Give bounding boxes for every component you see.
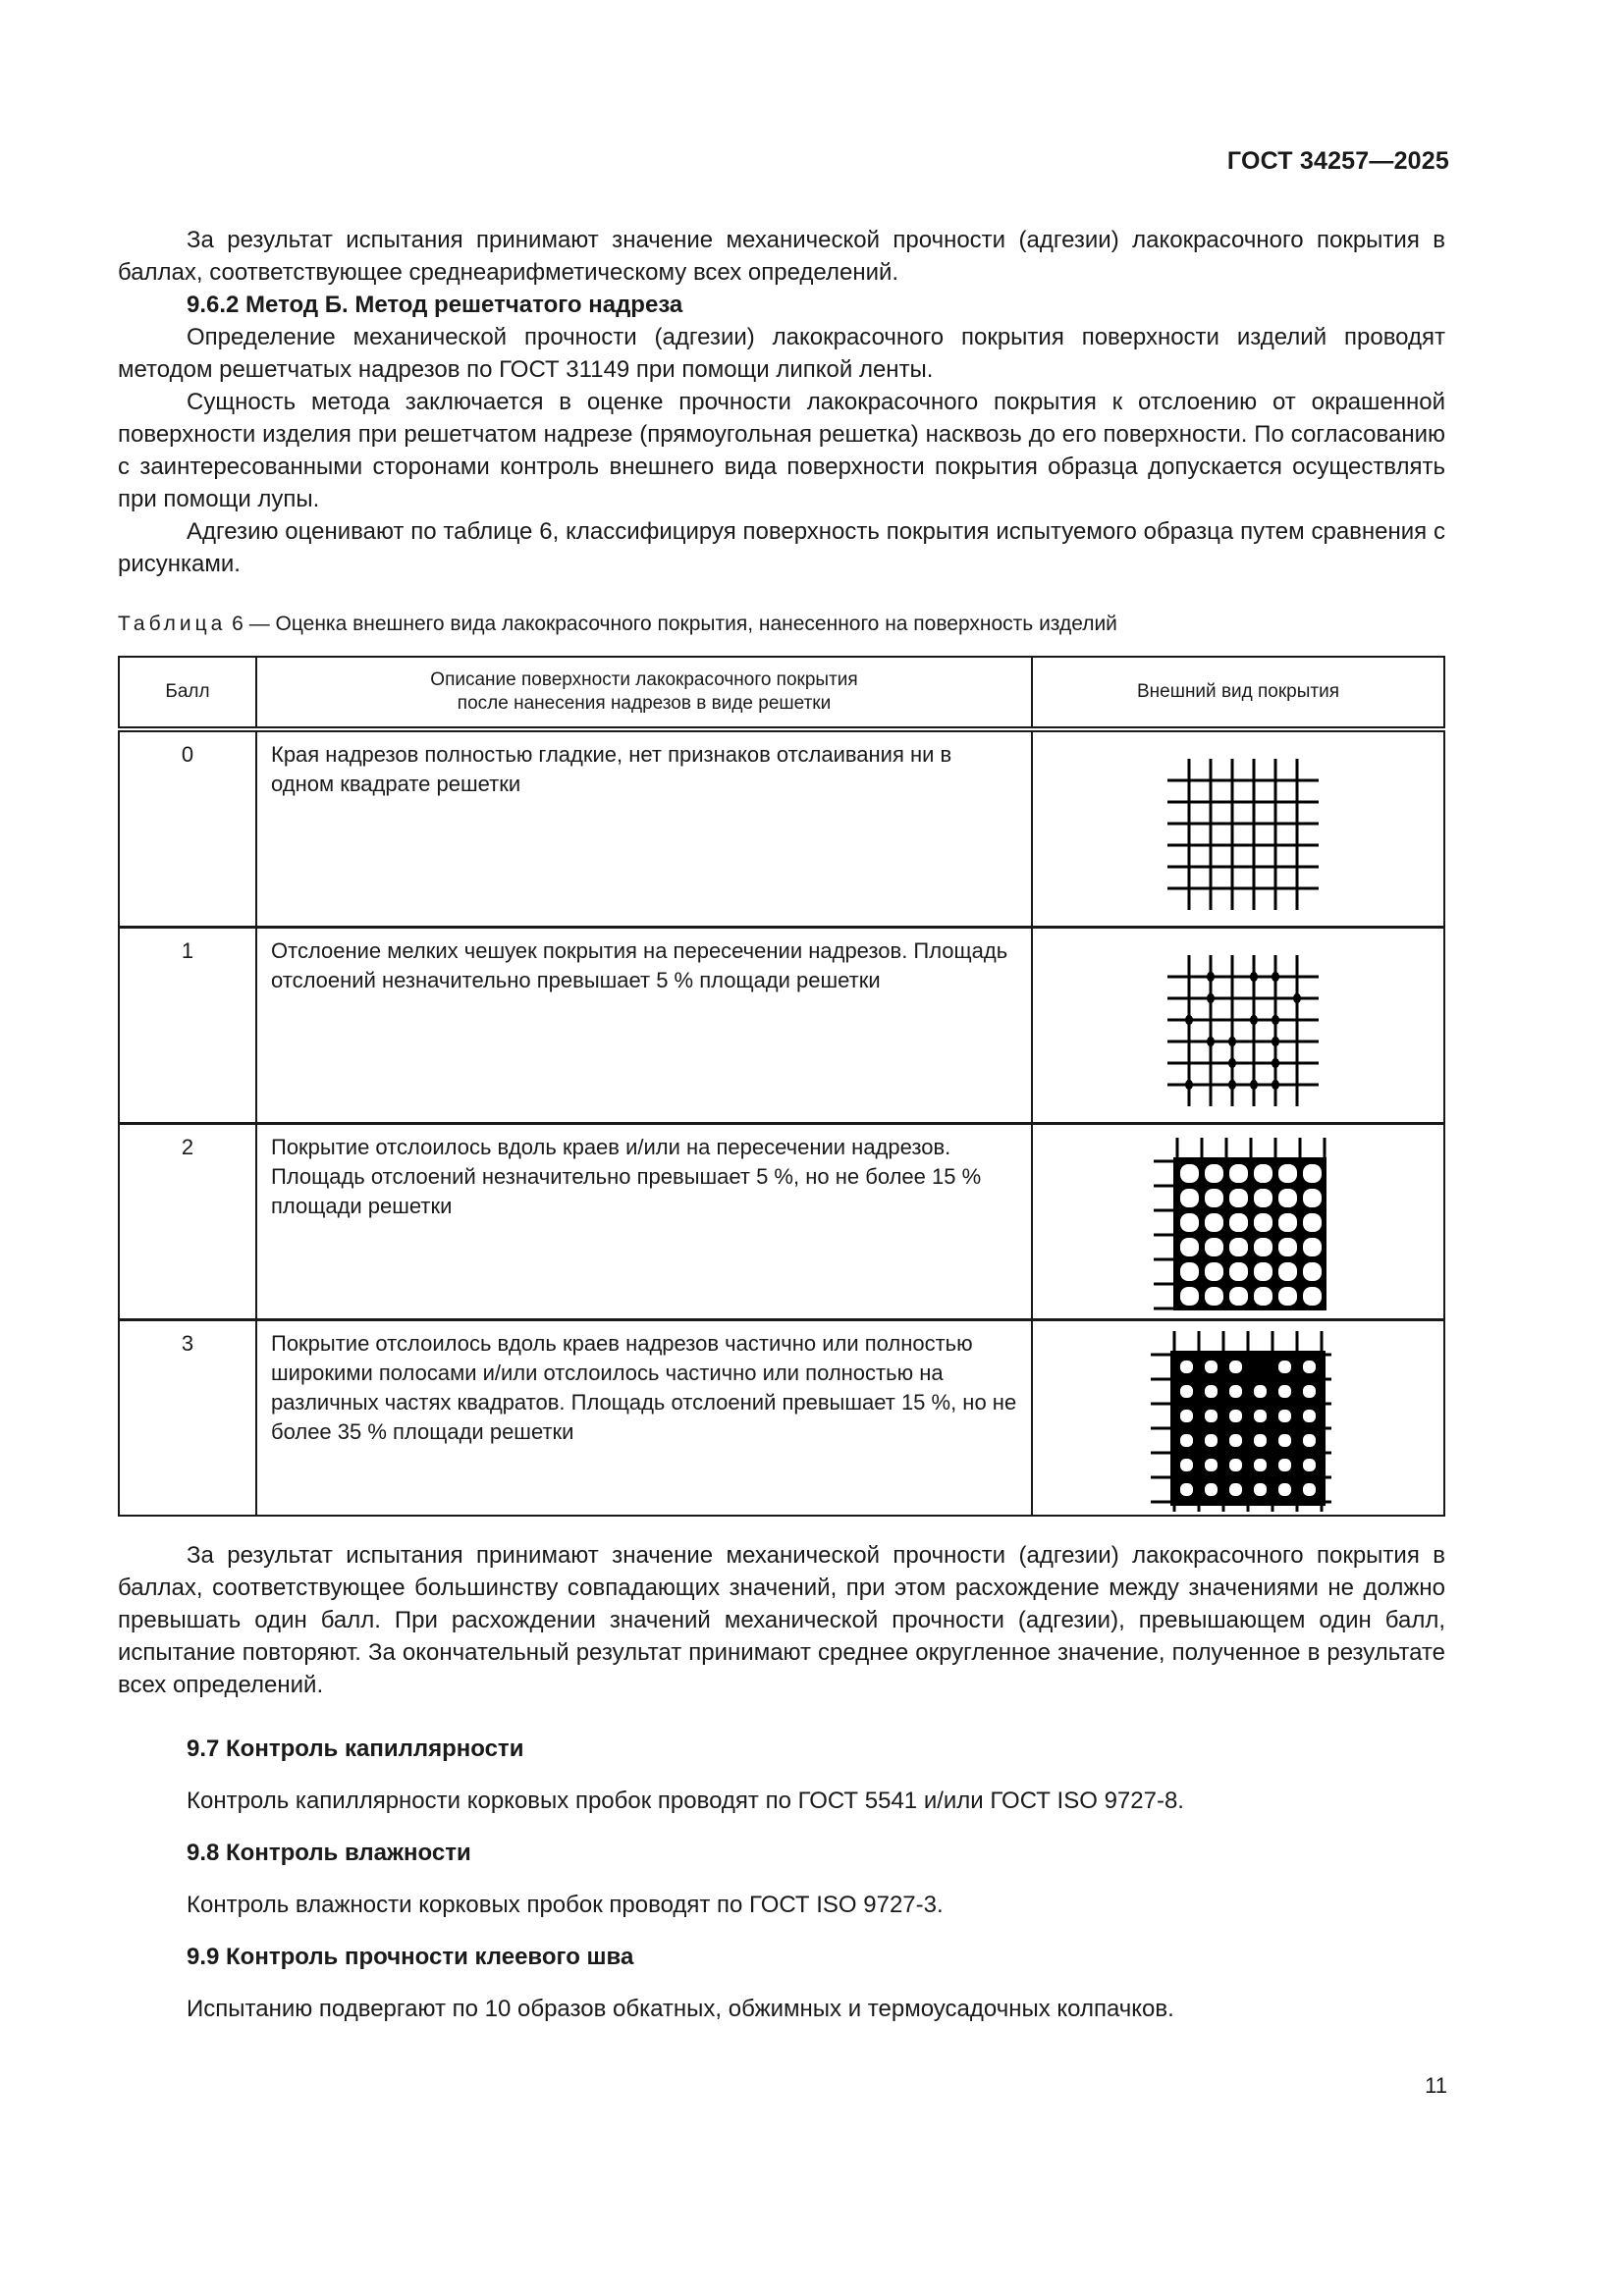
page-number: 11 [1425,2073,1447,2099]
table-row: 3 Покрытие отслоилось вдоль краев надрез… [119,1320,1444,1517]
description-cell: Покрытие отслоилось вдоль краев надрезов… [256,1320,1032,1517]
header-description: Описание поверхности лакокрасочного покр… [256,657,1032,729]
description-cell: Покрытие отслоилось вдоль краев и/или на… [256,1124,1032,1320]
section-heading: 9.8 Контроль влажности [118,1837,1445,1869]
score-cell: 2 [119,1124,256,1320]
section-humidity: 9.8 Контроль влажности Контроль влажност… [118,1837,1445,1921]
paragraph: За результат испытания принимают значени… [118,224,1445,289]
score-cell: 1 [119,928,256,1124]
paragraph: Определение механической прочности (адге… [118,321,1445,386]
table-caption-label: Таблица [118,613,226,635]
result-section: За результат испытания принимают значени… [118,1539,1445,1701]
section-glue-seam: 9.9 Контроль прочности клеевого шва Испы… [118,1941,1445,2025]
section-heading: 9.9 Контроль прочности клеевого шва [118,1941,1445,1973]
grid-edge-peeling-icon [1150,1134,1326,1310]
section-heading: 9.6.2 Метод Б. Метод решетчатого надреза [118,289,1445,321]
paragraph: Адгезию оценивают по таблице 6, классифи… [118,515,1445,580]
table-row: 2 Покрытие отслоилось вдоль краев и/или … [119,1124,1444,1320]
header-appearance: Внешний вид покрытия [1032,657,1444,729]
paragraph: Сущность метода заключается в оценке про… [118,386,1445,515]
description-cell: Края надрезов полностью гладкие, нет при… [256,729,1032,928]
score-cell: 3 [119,1320,256,1517]
intro-section: За результат испытания принимают значени… [118,224,1445,580]
document-code: ГОСТ 34257—2025 [1227,147,1449,176]
header-score: Балл [119,657,256,729]
section-heading: 9.7 Контроль капиллярности [118,1733,1445,1765]
grid-intact-icon [1155,746,1322,913]
table-row: 1 Отслоение мелких чешуек покрытия на пе… [119,928,1444,1124]
grid-heavy-peeling-icon [1145,1325,1331,1512]
table-caption-text: 6 — Оценка внешнего вида лакокрасочного … [226,613,1117,635]
score-cell: 0 [119,729,256,928]
paragraph: За результат испытания принимают значени… [118,1539,1445,1701]
paragraph: Испытанию подвергают по 10 образов обкат… [118,1993,1445,2025]
description-cell: Отслоение мелких чешуек покрытия на пере… [256,928,1032,1124]
grid-small-flakes-icon [1155,942,1322,1109]
table-caption: Таблица 6 — Оценка внешнего вида лакокра… [118,613,1117,636]
section-capillarity: 9.7 Контроль капиллярности Контроль капи… [118,1733,1445,1817]
adhesion-table: Балл Описание поверхности лакокрасочного… [118,656,1445,1517]
paragraph: Контроль капиллярности корковых пробок п… [118,1785,1445,1817]
paragraph: Контроль влажности корковых пробок прово… [118,1889,1445,1921]
table-row: 0 Края надрезов полностью гладкие, нет п… [119,729,1444,928]
